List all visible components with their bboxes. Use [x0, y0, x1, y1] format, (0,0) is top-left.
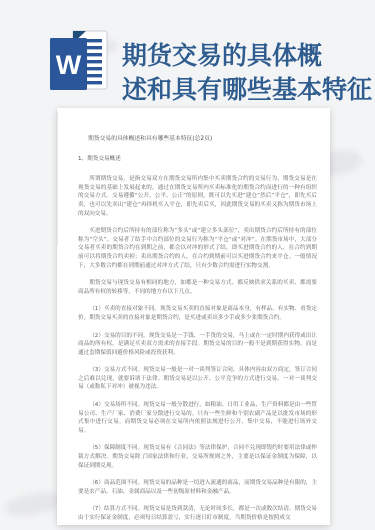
page-title-line2: 述和具有哪些基本特征 [122, 73, 374, 107]
document-preview-screen: W 期货交易的具体概 述和具有哪些基本特征 期货交易的具体概述和具有哪些基本特征… [0, 0, 375, 530]
doc-list-item-4: （4）交易场所不同。现货交易一般分散进行，如粮油、日用工业品、生产资料都是由一些… [78, 401, 317, 435]
doc-list-item-1: （1）买卖的直接对象不同。现货交易买卖的直接对象是商品本身，有样品、有实物、看货… [78, 305, 317, 322]
header: W 期货交易的具体概 述和具有哪些基本特征 [0, 0, 375, 108]
document-page-preview: 期货交易的具体概述和具有哪些基本特征(总2页) 1、期货交易概述 所谓期货交易，… [57, 108, 330, 525]
page-title-line1: 期货交易的具体概 [122, 39, 374, 73]
document-body: 期货交易的具体概述和具有哪些基本特征(总2页) 1、期货交易概述 所谓期货交易，… [57, 108, 330, 525]
doc-list-item-3: （3）交易方式不同。现货交易一般是一对一谈判签订合同，具体内容由双方商定，签订合… [78, 366, 317, 392]
doc-paragraph: 期货交易与现货交易有相同的地方，如都是一种交易方式、都反映供求关系的买卖、都需要… [78, 279, 317, 296]
doc-list-item-6: （6）商品范围不同。现货交易的品种是一切进入流通的商品，而期货交易品种是有限的，… [78, 479, 317, 496]
doc-list-item-7: （7）结算方式不同。现货交易是货到款清，无论时间多长，都是一次或数次结清。期货交… [78, 505, 317, 522]
page-title: 期货交易的具体概 述和具有哪些基本特征 [122, 39, 374, 107]
doc-list-item-2: （2）交易的目的不同。现货交易是一手钱、一手货的交易，马上或在一定时期内获得或出… [78, 332, 317, 358]
doc-section-heading: 1、期货交易概述 [78, 155, 317, 164]
doc-paragraph: 买进期货合约后所持有的部位称为“多头”或“建立多头部位”，卖出期货合约后所持有的… [78, 227, 317, 270]
doc-list-item-5: （5）保障制度不同。现货交易有《合同法》等法律保护，合同不兑现即毁约时要用法律或… [78, 444, 317, 470]
word-icon: W [50, 30, 108, 92]
doc-title-line: 期货交易的具体概述和具有哪些基本特征(总2页) [78, 135, 317, 144]
word-icon-letter: W [56, 50, 82, 80]
word-icon-w-square: W [50, 38, 87, 90]
doc-paragraph: 所谓期货交易，是指交易双方在期货交易所内集中买卖期货合约的交易行为。期货交易是在… [78, 175, 317, 218]
